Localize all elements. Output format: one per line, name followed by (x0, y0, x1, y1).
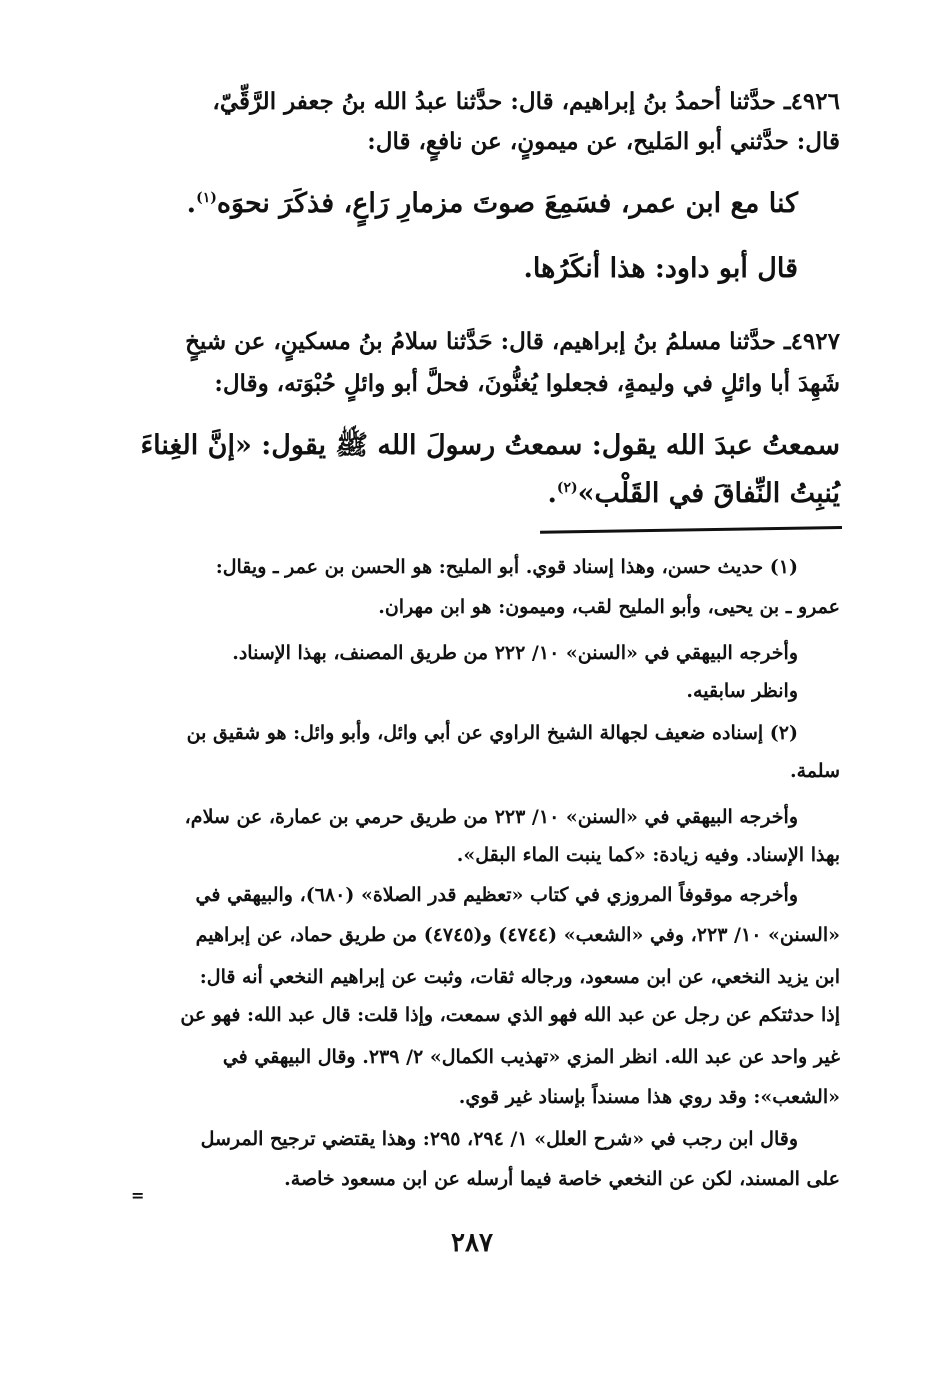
footnote-2-line-6: «السنن» ١٠/ ٢٢٣، وفي «الشعب» (٤٧٤٤) و(٤٧… (196, 924, 840, 946)
abu-dawud-comment: قال أبو داود: هذا أنكَرُها. (524, 253, 798, 284)
footnote-2-line-3: وأخرجه البيهقي في «السنن» ١٠/ ٢٢٣ من طري… (185, 806, 798, 828)
footnote-ref-1: (١) (196, 190, 217, 206)
hadith-4927-isnad-line-1: ٤٩٢٧ـ حدَّثنا مسلمُ بنُ إبراهيم، قال: حَ… (185, 328, 840, 355)
footnote-2-line-11: وقال ابن رجب في «شرح العلل» ١/ ٢٩٤، ٢٩٥:… (201, 1128, 798, 1150)
hadith-4926-isnad-line-2: قال: حدَّثني أبو المَليح، عن ميمونٍ، عن … (367, 128, 840, 155)
footnote-2-line-1: (٢) إسناده ضعيف لجهالة الشيخ الراوي عن أ… (187, 722, 798, 744)
matn-period: . (547, 478, 556, 509)
footnote-separator (540, 526, 842, 534)
footnote-ref-2: (٢) (557, 480, 578, 496)
matn-period: . (187, 188, 196, 219)
hadith-4927-matn-line-1: سمعتُ عبدَ الله يقول: سمعتُ رسولَ الله ﷺ… (140, 428, 840, 468)
book-page: ٤٩٢٦ـ حدَّثنا أحمدُ بنُ إبراهيم، قال: حد… (0, 0, 944, 1377)
hadith-4927-matn-line-2: يُنبِتُ النِّفاقَ في القَلْب»(٢). (547, 478, 840, 509)
footnote-2-line-10: «الشعب»: وقد روي هذا مسنداً بإسناد غير ق… (459, 1086, 840, 1108)
footnote-2-line-5: وأخرجه موقوفاً المروزي في كتاب «تعظيم قد… (196, 884, 798, 906)
hadith-4926-isnad-line-1: ٤٩٢٦ـ حدَّثنا أحمدُ بنُ إبراهيم، قال: حد… (212, 88, 840, 115)
hadith-4927-isnad-line-2: شَهِدَ أبا وائلٍ في وليمةٍ، فجعلوا يُغنُ… (214, 370, 840, 397)
footnote-1-line-4: وانظر سابقيه. (686, 680, 798, 702)
continuation-mark: = (131, 1186, 144, 1205)
footnote-2-line-2: سلمة. (790, 760, 840, 782)
footnote-1-line-1: (١) حديث حسن، وهذا إسناد قوي. أبو المليح… (216, 556, 798, 578)
footnote-2-line-8: إذا حدثتكم عن رجل عن عبد الله فهو الذي س… (180, 1004, 840, 1026)
hadith-4926-matn: كنا مع ابن عمر، فسَمِعَ صوتَ مزمارِ رَاع… (187, 188, 798, 219)
page-number: ٢٨٧ (0, 1228, 944, 1258)
footnote-2-line-4: بهذا الإسناد. وفيه زيادة: «كما ينبت الما… (457, 844, 840, 866)
hadith-4926-matn-text: كنا مع ابن عمر، فسَمِعَ صوتَ مزمارِ رَاع… (217, 188, 798, 219)
footnote-2-line-9: غير واحد عن عبد الله. انظر المزي «تهذيب … (223, 1046, 840, 1068)
hadith-4927-matn-text: يُنبِتُ النِّفاقَ في القَلْب» (578, 478, 840, 509)
footnote-2-line-7: ابن يزيد النخعي، عن ابن مسعود، ورجاله ثق… (200, 966, 840, 988)
footnote-2-line-12: على المسند، لكن عن النخعي خاصة فيما أرسل… (284, 1168, 840, 1190)
footnote-1-line-2: عمرو ـ بن يحيى، وأبو المليح لقب، وميمون:… (378, 596, 840, 618)
footnote-1-line-3: وأخرجه البيهقي في «السنن» ١٠/ ٢٢٢ من طري… (232, 642, 798, 664)
